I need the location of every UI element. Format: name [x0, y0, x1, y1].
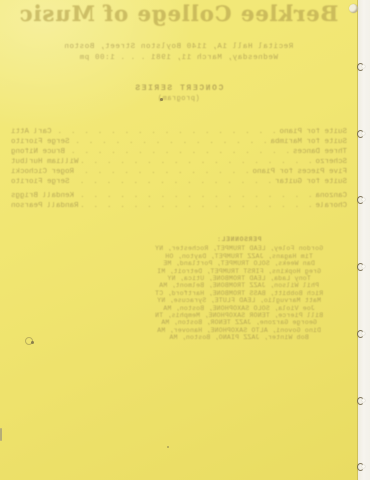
bleed-personnel-heading: PERSONNEL: [133, 236, 345, 243]
bleed-program-row: Suite for Marimba. . . . . . . . . . . .… [11, 138, 347, 148]
bleed-program-performer: Randall Pearson [11, 202, 79, 210]
bleed-personnel-line: Phil Wilson, JAZZ TROMBONE, Belmont, MA [133, 282, 345, 289]
bleed-personnel-line: Rich Bobbitt, BASS TROMBONE, Hartford, C… [133, 290, 345, 297]
bleed-personnel-line: Gordon Foley, LEAD TRUMPET, Rochester, N… [133, 245, 345, 252]
bleed-program-row: Chorale. . . . . . . . . . . . . . . . .… [11, 202, 347, 212]
bleed-series-title: CONCERT SERIES [0, 84, 357, 93]
bleed-program-row: Canzona. . . . . . . . . . . . . . . . .… [11, 192, 347, 202]
bleed-program-row: Scherzo. . . . . . . . . . . . . . . . .… [11, 158, 347, 168]
bleed-program-list: Suite for Piano. . . . . . . . . . . . .… [11, 128, 347, 212]
bleed-series-subtitle: (program) [0, 95, 357, 103]
bleed-personnel-line: Dino Govoni, ALTO SAXOPHONE, Hanover, MA [133, 327, 345, 334]
punch-hole [349, 4, 358, 13]
bleed-program-performer: William Hurlbut [11, 158, 79, 166]
bleed-program-title: Chorale [315, 202, 347, 210]
dot-leader: . . . . . . . . . . . . . . . . . . . . … [70, 178, 275, 186]
bleed-program-title: Five Pieces for Piano [252, 168, 347, 176]
binding-hole-mark [357, 397, 364, 405]
paper: Berklee College of Music Recital Hall 1A… [0, 0, 358, 480]
bleed-personnel-line: Greg Hopkins, FIRST TRUMPET, Detroit, MI [133, 268, 345, 275]
bleed-personnel-line: Bill Pierce, TENOR SAXOPHONE, Memphis, T… [133, 312, 345, 319]
binding-hole-mark [357, 130, 364, 138]
bleed-program-title: Canzona [315, 192, 347, 200]
pen-dot [160, 98, 163, 101]
binding-hole-mark [357, 63, 364, 71]
ink-speck-dot [31, 341, 34, 344]
dot-leader: . . . . . . . . . . . . . . . . . . . . … [79, 202, 316, 210]
bleed-personnel-block: PERSONNEL: Gordon Foley, LEAD TRUMPET, R… [133, 236, 345, 342]
bleed-personnel-line: Tim Hagans, JAZZ TRUMPET, Dayton, OH [133, 253, 345, 260]
bleed-program-performer: Bruce Nifong [11, 148, 65, 156]
bleed-through-layer: Berklee College of Music Recital Hall 1A… [0, 0, 357, 480]
bleed-program-performer: Carl Atti [11, 128, 52, 136]
bleed-program-performer: Roger Cichocki [11, 168, 74, 176]
page-edge-mark [0, 428, 2, 441]
bleed-program-row: Three Dances. . . . . . . . . . . . . . … [11, 148, 347, 158]
bleed-venue-line: Recital Hall 1A, 1140 Boylston Street, B… [0, 43, 357, 51]
binding-hole-mark [357, 330, 364, 338]
bleed-program-performer: Kendall Briggs [11, 192, 74, 200]
bleed-program-title: Suite for Guitar [275, 178, 347, 186]
scanned-page: Berklee College of Music Recital Hall 1A… [0, 0, 370, 480]
bleed-personnel-lines: Gordon Foley, LEAD TRUMPET, Rochester, N… [133, 245, 345, 341]
bleed-program-row: Suite for Guitar. . . . . . . . . . . . … [11, 178, 347, 188]
bleed-logo-text: Berklee College of Music [0, 1, 357, 26]
bleed-program-row: Suite for Piano. . . . . . . . . . . . .… [11, 128, 347, 138]
bleed-personnel-line: Matt Marvuglio, LEAD FLUTE, Syracuse, NY [133, 297, 345, 304]
dot-leader: . . . . . . . . . . . . . . . . . . . . … [52, 128, 280, 136]
dot-leader: . . . . . . . . . . . . . . . . . . . . … [79, 158, 316, 166]
scanner-strip [358, 0, 370, 480]
bleed-program-performer: Serge Fiorito [11, 178, 70, 186]
ink-speck-small [167, 446, 169, 448]
bleed-personnel-line: Dan Weeks, SOLO TRUMPET, Portland, ME [133, 260, 345, 267]
dot-leader: . . . . . . . . . . . . . . . . . . . . … [74, 192, 315, 200]
dot-leader: . . . . . . . . . . . . . . . . . . . . … [70, 138, 271, 146]
bleed-personnel-line: Bob Winter, JAZZ PIANO, Boston, MA [133, 334, 345, 341]
bleed-personnel-line: Joe Viola, SOLO SAXOPHONE, Boston, MA [133, 305, 345, 312]
bleed-program-title: Scherzo [315, 158, 347, 166]
bleed-date-line: Wednesday, March 11, 1981 . . . 1:00 pm [0, 54, 357, 62]
bleed-program-row: Five Pieces for Piano. . . . . . . . . .… [11, 168, 347, 178]
bleed-personnel-line: Tony Lada, LEAD TROMBONE, Utica, NY [133, 275, 345, 282]
dot-leader: . . . . . . . . . . . . . . . . . . . . … [65, 148, 293, 156]
bleed-program-title: Suite for Piano [279, 128, 347, 136]
bleed-personnel-line: George Garzone, JAZZ TENOR, Boston, MA [133, 319, 345, 326]
bleed-program-title: Three Dances [293, 148, 347, 156]
bleed-program-title: Suite for Marimba [270, 138, 347, 146]
bleed-program-performer: Serge Fiorito [11, 138, 70, 146]
dot-leader: . . . . . . . . . . . . . . . . . . . . … [74, 168, 252, 176]
